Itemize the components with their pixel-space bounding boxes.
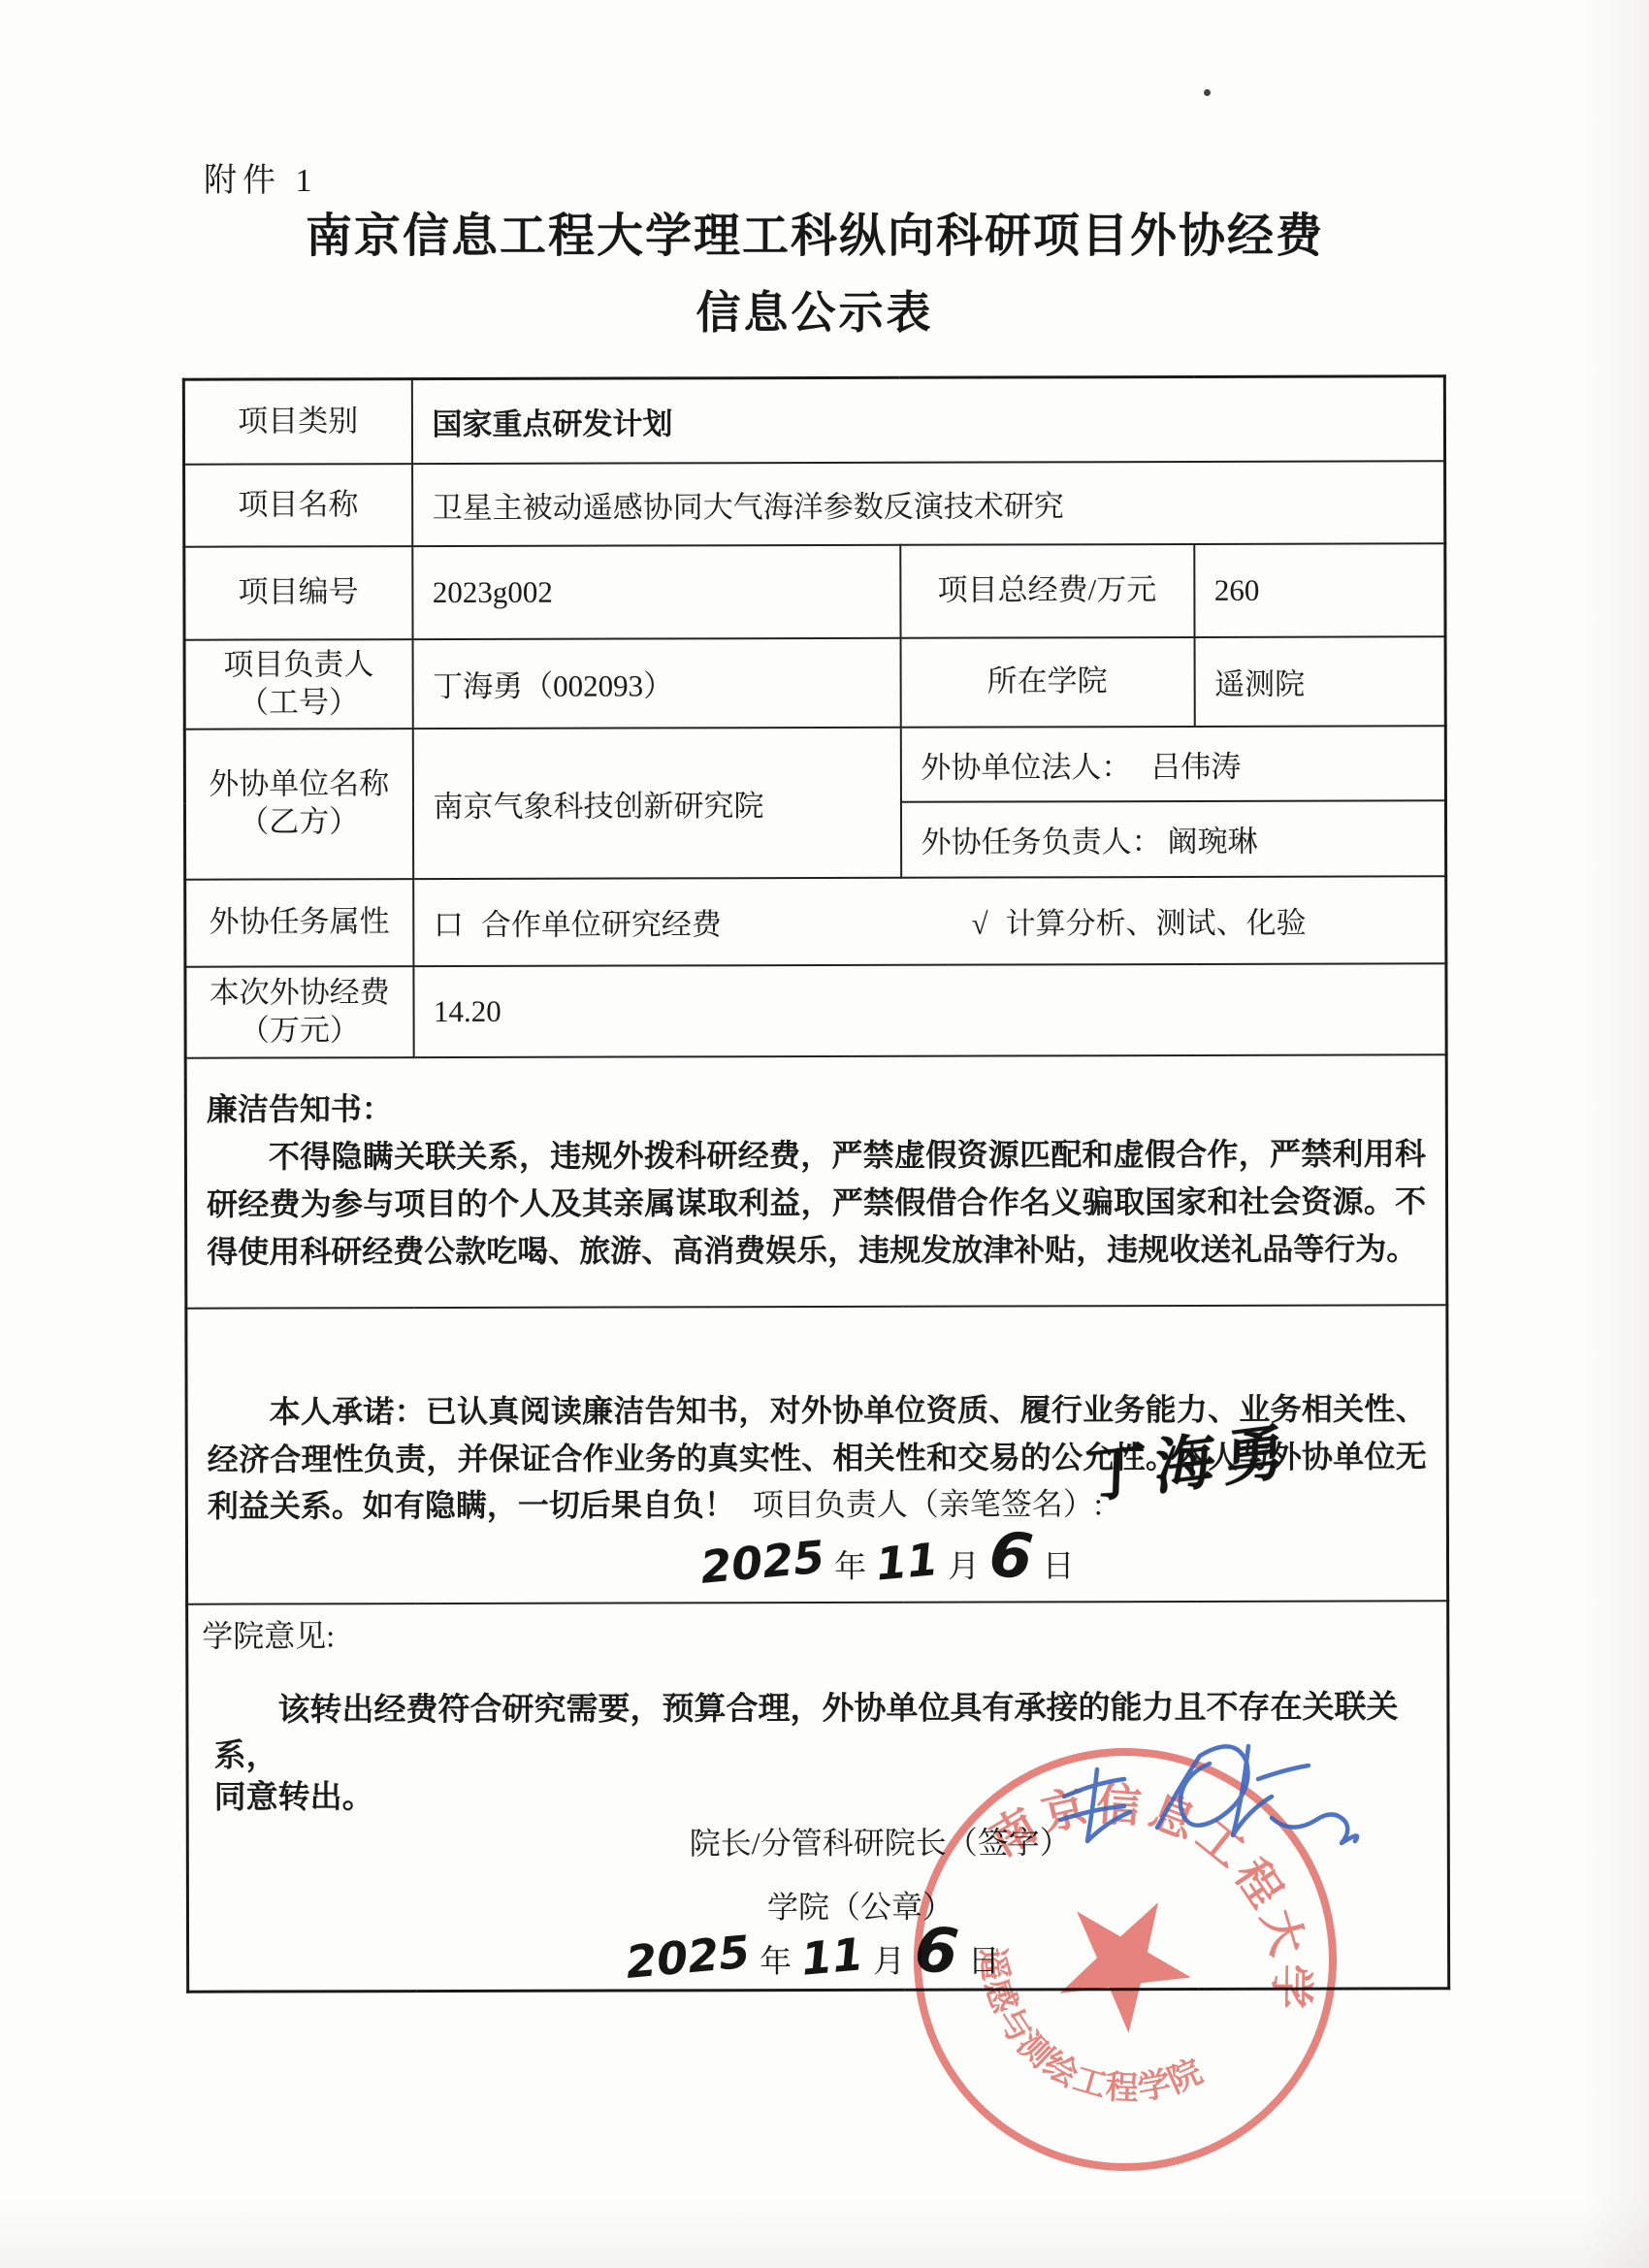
partner-legal-cell: 外协单位法人：吕伟涛 <box>900 726 1445 801</box>
row-current-amount: 本次外协经费 （万元） 14.20 <box>185 963 1446 1057</box>
current-amount-label-line2: （万元） <box>207 1012 394 1050</box>
title-line-2: 信息公示表 <box>184 288 1445 338</box>
row-project-number: 项目编号 2023g002 项目总经费/万元 260 <box>184 543 1445 639</box>
total-budget-label: 项目总经费/万元 <box>900 543 1194 637</box>
college-opinion-title: 学院意见: <box>202 1616 335 1657</box>
year-unit: 年 <box>834 1549 866 1584</box>
current-amount-label-line1: 本次外协经费 <box>206 974 393 1012</box>
row-task-attribute: 外协任务属性 口合作单位研究经费 √计算分析、测试、化验 <box>185 876 1446 966</box>
year-unit: 年 <box>760 1945 792 1980</box>
partner-unit-value: 南京气象科技创新研究院 <box>412 727 900 878</box>
checkbox-empty-icon: 口 <box>434 900 464 944</box>
row-project-category: 项目类别 国家重点研发计划 <box>183 376 1444 464</box>
dean-handwritten-signature <box>1043 1736 1363 1882</box>
month-unit: 月 <box>873 1944 905 1979</box>
project-number-value: 2023g002 <box>412 544 900 638</box>
commitment-date-year: 2025 <box>698 1530 826 1593</box>
integrity-notice-title: 廉洁告知书： <box>207 1086 1426 1130</box>
scanned-form-page: { "page": { "attachment": "附件 1", "title… <box>0 0 1649 2268</box>
project-leader-value: 丁海勇（002093） <box>412 637 900 728</box>
row-commitment: 本人承诺：已认真阅读廉洁告知书，对外协单位资质、履行业务能力、业务相关性、经济合… <box>186 1305 1448 1604</box>
partner-unit-label-line1: 外协单位名称 <box>206 765 393 803</box>
row-partner-unit: 外协单位名称 （乙方） 南京气象科技创新研究院 外协单位法人：吕伟涛 <box>184 726 1445 803</box>
document-title: 南京信息工程大学理工科纵向科研项目外协经费 信息公示表 <box>184 211 1445 337</box>
day-unit: 日 <box>1043 1549 1075 1584</box>
current-amount-value: 14.20 <box>413 963 1446 1057</box>
row-project-name: 项目名称 卫星主被动遥感协同大气海洋参数反演技术研究 <box>184 461 1445 546</box>
partner-task-leader-value: 阚琬琳 <box>1168 817 1258 860</box>
task-attribute-options: 口合作单位研究经费 √计算分析、测试、化验 <box>413 876 1446 966</box>
opinion-date-year: 2025 <box>624 1925 752 1988</box>
college-value: 遥测院 <box>1194 636 1445 727</box>
attachment-label: 附件 1 <box>204 153 318 201</box>
partner-legal-value: 吕伟涛 <box>1150 741 1241 785</box>
task-attribute-label: 外协任务属性 <box>185 879 413 967</box>
project-leader-label: 项目负责人 （工号） <box>184 639 412 729</box>
month-unit: 月 <box>948 1549 980 1584</box>
partner-legal-label: 外协单位法人： <box>921 750 1131 785</box>
project-category-label: 项目类别 <box>183 379 411 465</box>
row-project-leader: 项目负责人 （工号） 丁海勇（002093） 所在学院 遥测院 <box>184 636 1445 729</box>
project-leader-label-line1: 项目负责人 <box>206 646 393 684</box>
commitment-date-month: 11 <box>874 1532 941 1590</box>
college-label: 所在学院 <box>900 636 1194 727</box>
commitment-date: 2025年11月6日 <box>700 1532 1084 1588</box>
option-analysis: √计算分析、测试、化验 <box>971 898 1306 943</box>
college-opinion-body-line2: 同意转出。 <box>214 1771 374 1817</box>
checkmark-icon: √ <box>972 907 988 942</box>
title-line-1: 南京信息工程大学理工科纵向科研项目外协经费 <box>184 211 1445 263</box>
stamp-bottom-text: 遥感与测绘工程学院 <box>934 1931 1220 2155</box>
project-number-label: 项目编号 <box>184 546 412 640</box>
partner-task-leader-cell: 外协任务负责人：阚琬琳 <box>900 800 1445 877</box>
project-leader-label-line2: （工号） <box>206 684 393 722</box>
partner-unit-label-line2: （乙方） <box>206 803 393 841</box>
project-name-value: 卫星主被动遥感协同大气海洋参数反演技术研究 <box>412 461 1445 546</box>
row-integrity-notice: 廉洁告知书： 不得隐瞒关联关系，违规外拨科研经费，严禁虚假资源匹配和虚假合作，严… <box>185 1054 1447 1308</box>
project-category-value: 国家重点研发计划 <box>411 376 1444 464</box>
partner-task-leader-label: 外协任务负责人： <box>921 825 1162 859</box>
option-cooperative-text: 合作单位研究经费 <box>481 907 722 942</box>
scan-artifact-dot <box>1204 89 1211 96</box>
project-name-label: 项目名称 <box>184 464 412 547</box>
partner-unit-label: 外协单位名称 （乙方） <box>184 729 412 880</box>
leader-sign-label: 项目负责人（亲笔签名）: <box>753 1479 1103 1525</box>
stamp-star-icon <box>1037 1869 1215 2046</box>
option-cooperative: 口合作单位研究经费 <box>434 907 722 942</box>
opinion-date-month: 11 <box>799 1928 866 1986</box>
svg-text:遥感与测绘工程学院: 遥感与测绘工程学院 <box>934 1931 1220 2155</box>
total-budget-value: 260 <box>1194 543 1445 637</box>
integrity-notice-body: 不得隐瞒关联关系，违规外拨科研经费，严禁虚假资源匹配和虚假合作，严禁利用科研经费… <box>207 1131 1426 1276</box>
commitment-date-day: 6 <box>987 1530 1036 1583</box>
current-amount-label: 本次外协经费 （万元） <box>185 966 413 1058</box>
option-analysis-text: 计算分析、测试、化验 <box>1006 906 1307 941</box>
integrity-notice-cell: 廉洁告知书： 不得隐瞒关联关系，违规外拨科研经费，严禁虚假资源匹配和虚假合作，严… <box>185 1054 1447 1308</box>
commitment-cell: 本人承诺：已认真阅读廉洁告知书，对外协单位资质、履行业务能力、业务相关性、经济合… <box>186 1305 1448 1604</box>
